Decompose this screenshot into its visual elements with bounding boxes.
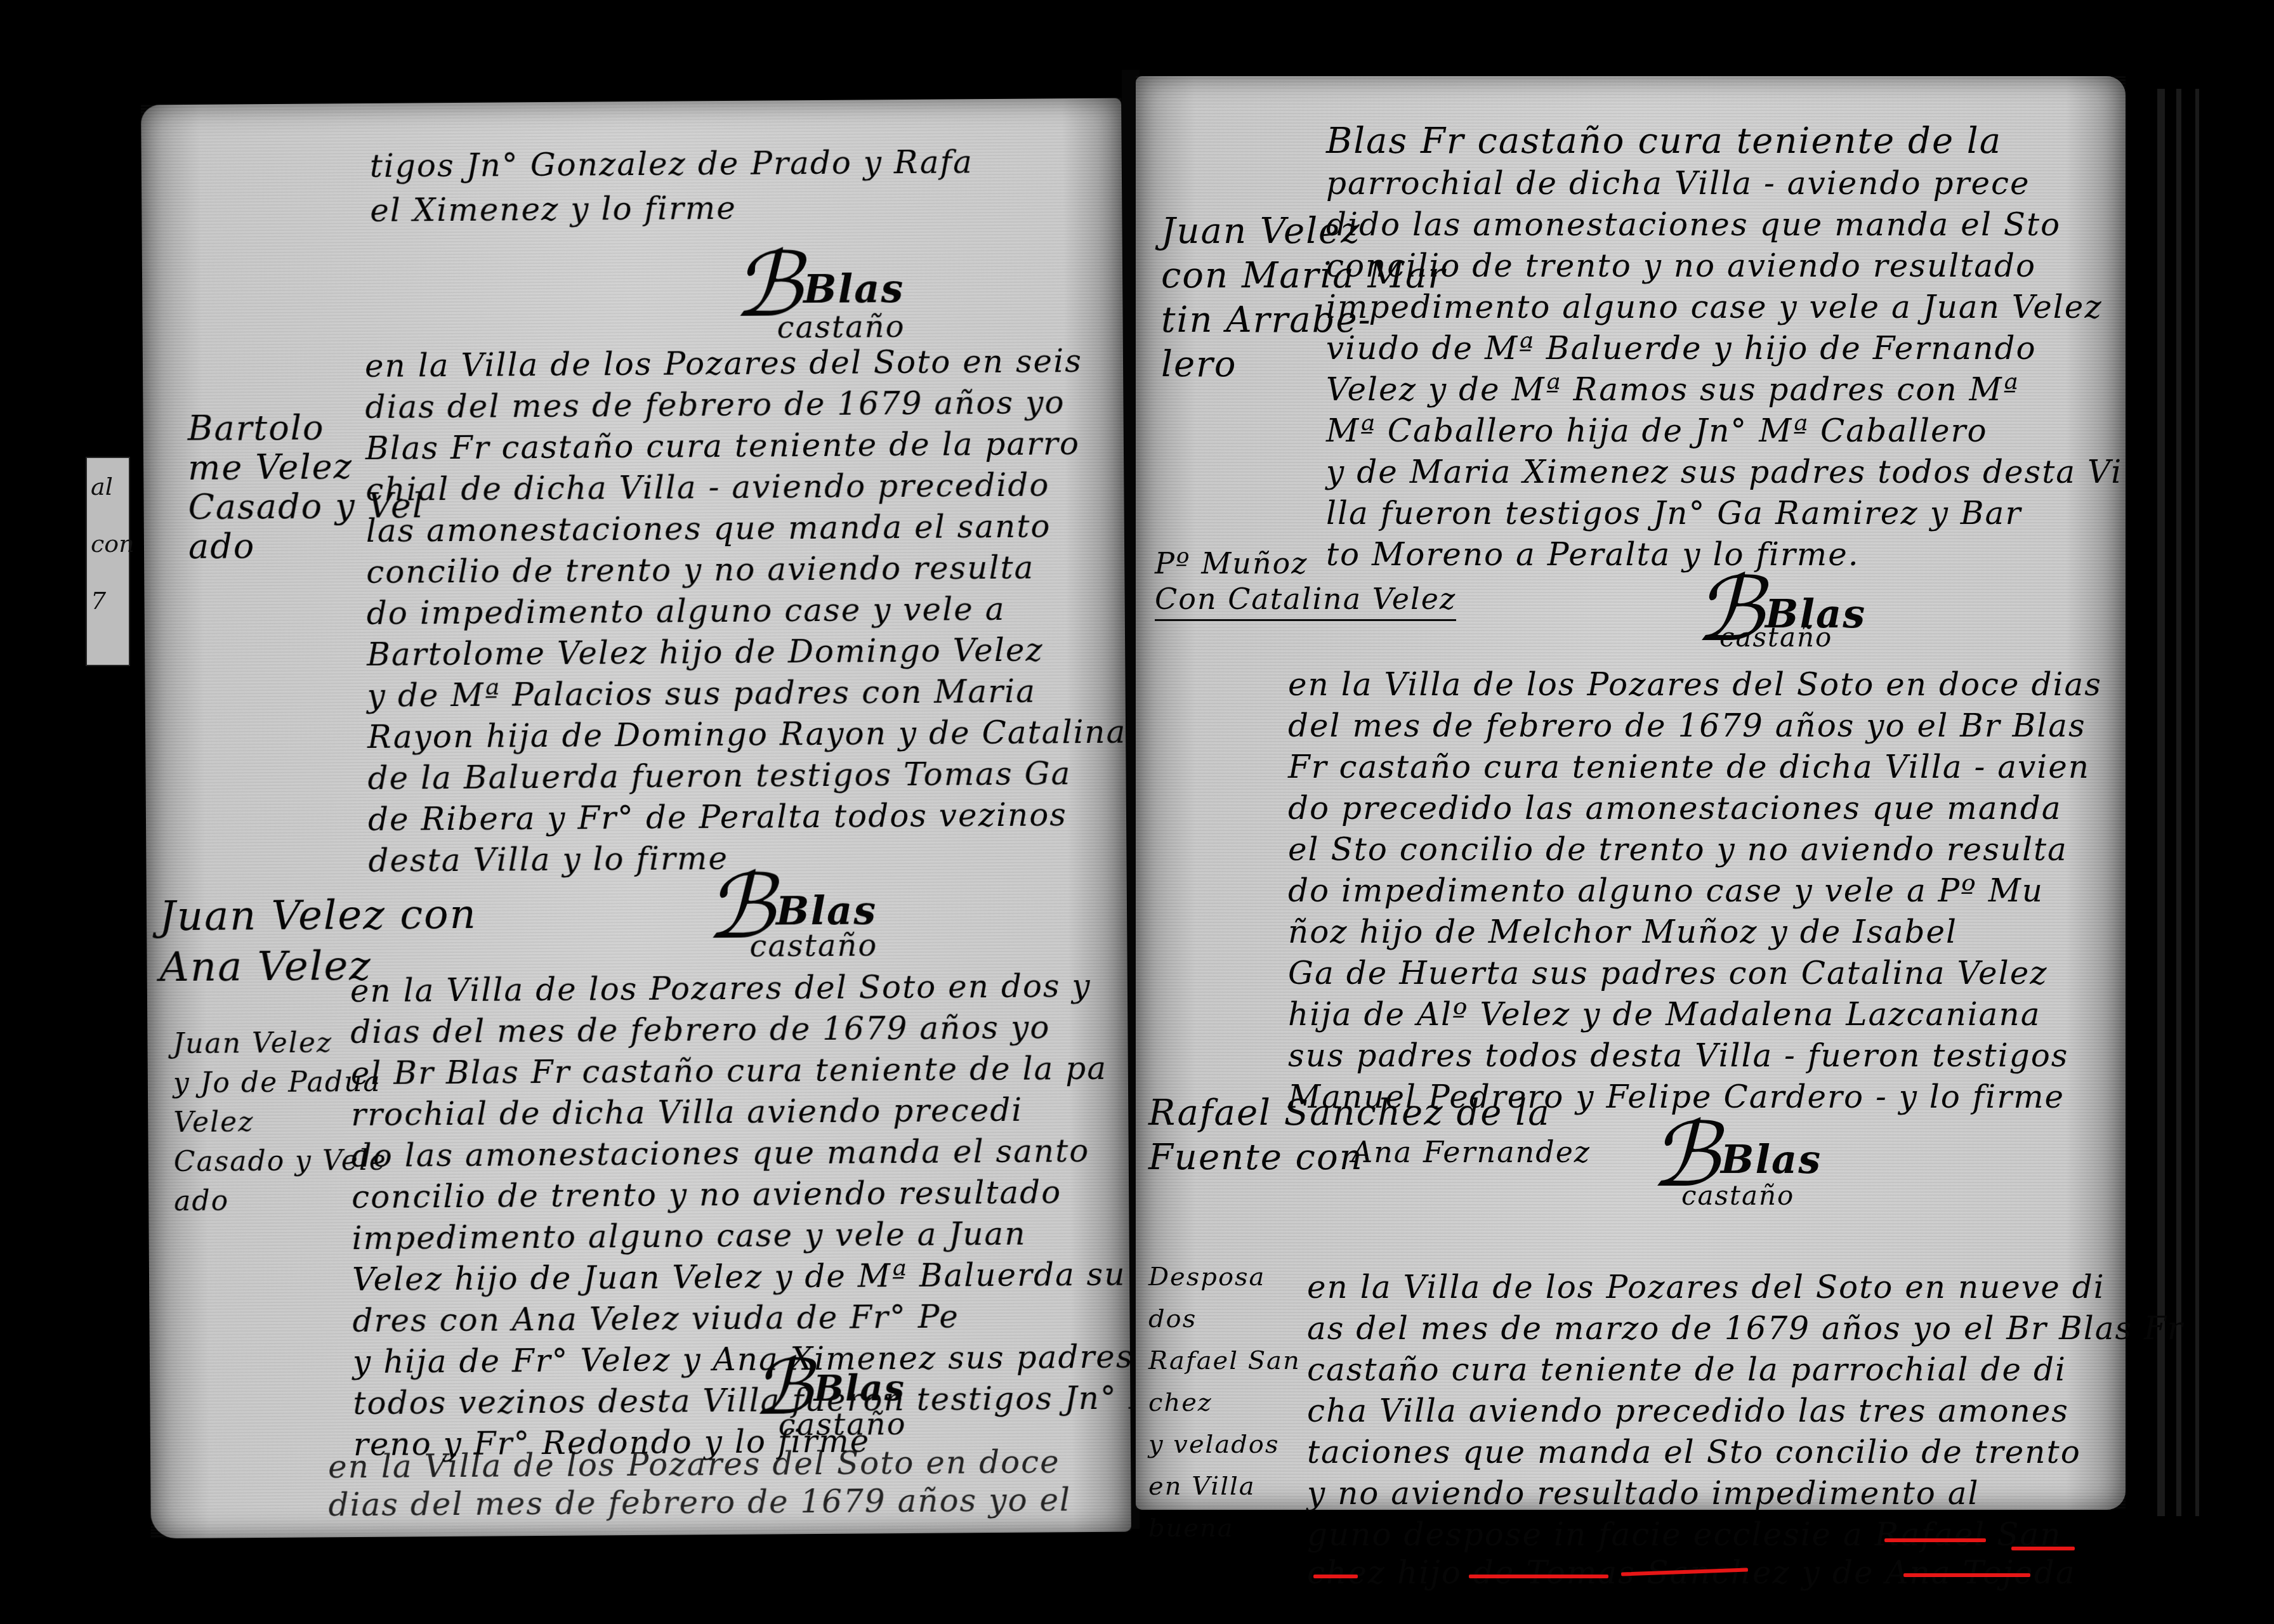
entry-line: el Sto concilio de trento y no aviendo r…	[1288, 831, 2068, 868]
entry-line: ñoz hijo de Melchor Muñoz y de Isabel	[1288, 913, 1957, 950]
entry-line: en la Villa de los Pozares del Soto en d…	[328, 1443, 1060, 1485]
red-underline-annotation	[1884, 1538, 1986, 1542]
entry-line: as del mes de marzo de 1679 años yo el B…	[1307, 1310, 2184, 1347]
right-page: Juan Velez con Maria Mar tin Arrabe- ler…	[1136, 76, 2126, 1510]
entry-line: Blas Fr castaño cura teniente de la	[1326, 121, 2002, 162]
entry-line: el Br Blas Fr castaño cura teniente de l…	[351, 1050, 1108, 1092]
entry-line: Bartolome Velez hijo de Domingo Velez	[367, 632, 1044, 673]
entry-line: chial de dicha Villa - aviendo precedido	[365, 466, 1049, 508]
entry-line: Rayon hija de Domingo Rayon y de Catalin…	[367, 714, 1127, 756]
continuation-line: el Ximenez y lo firme	[370, 190, 737, 229]
entry-line: concilio de trento y no aviendo resultad…	[1326, 247, 2036, 284]
entry-line: dias del mes de febrero de 1679 años yo …	[328, 1481, 1071, 1523]
page-edge-strip	[2195, 89, 2199, 1516]
entry-line: en la Villa de los Pozares del Soto en n…	[1307, 1269, 2105, 1306]
entry-line: do impedimento alguno case y vele a	[367, 591, 1006, 632]
margin-note-couple: Pº Muñoz Con Catalina Velez	[1155, 546, 1456, 621]
signature-surname: castaño	[749, 927, 877, 964]
entry-line: Fr castaño cura teniente de dicha Villa …	[1288, 749, 2090, 785]
entry-line: del mes de febrero de 1679 años yo el Br…	[1288, 707, 2086, 744]
entry-line: hija de Alº Velez y de Madalena Lazcania…	[1288, 996, 2041, 1033]
margin-note-bride: Ana Fernandez	[1351, 1132, 1591, 1172]
red-underline-annotation	[1469, 1575, 1608, 1578]
entry-line: dias del mes de febrero de 1679 años yo	[365, 384, 1065, 426]
signature-surname: castaño	[778, 1406, 906, 1443]
red-underline-annotation	[2011, 1547, 2075, 1550]
entry-line: do las amonestaciones que manda el santo	[352, 1132, 1090, 1174]
signature-surname: castaño	[1719, 622, 1832, 653]
entry-line: las amonestaciones que manda el santo	[366, 507, 1051, 549]
entry-line: dias del mes de febrero de 1679 años yo	[350, 1009, 1050, 1051]
entry-line: en la Villa de los Pozares del Soto en d…	[1288, 666, 2102, 703]
entry-line: y hija de Fr° Velez y Ana Ximenez sus pa…	[353, 1339, 1134, 1381]
entry-line: lla fueron testigos Jn° Ga Ramirez y Bar	[1326, 495, 2021, 532]
entry-line: Mª Caballero hija de Jn° Mª Caballero	[1326, 412, 1988, 449]
entry-line: sus padres todos desta Villa - fueron te…	[1288, 1037, 2068, 1074]
red-underline-annotation	[1903, 1573, 2030, 1577]
page-edge-strip	[2157, 89, 2165, 1516]
entry-line: Velez hijo de Juan Velez y de Mª Baluerd…	[352, 1255, 1180, 1298]
margin-note-entry: Desposa dos Rafael San chez y velados en…	[1148, 1256, 1301, 1549]
entry-line: taciones que manda el Sto concilio de tr…	[1307, 1434, 2081, 1470]
entry-line: guno despose in facie ecclesie a Rafael …	[1307, 1516, 2061, 1553]
signature-surname: castaño	[777, 309, 905, 345]
entry-line: desta Villa y lo firme	[368, 840, 728, 879]
page-edge-strip	[2176, 89, 2181, 1516]
entry-line: do precedido las amonestaciones que mand…	[1288, 790, 2062, 827]
entry-line: castaño cura teniente de la parrochial d…	[1307, 1351, 2067, 1388]
entry-line: de la Baluerda fueron testigos Tomas Ga	[367, 755, 1071, 797]
entry-line: Blas Fr castaño cura teniente de la parr…	[365, 425, 1081, 467]
entry-line: y de Maria Ximenez sus padres todos dest…	[1326, 454, 2122, 490]
continuation-line: tigos Jn° Gonzalez de Prado y Rafa	[370, 143, 973, 185]
entry-line: Ga de Huerta sus padres con Catalina Vel…	[1288, 955, 2048, 992]
entry-line: y de Mª Palacios sus padres con Maria	[367, 673, 1036, 714]
entry-line: parrochial de dicha Villa - aviendo prec…	[1326, 165, 2030, 202]
left-page: tigos Jn° Gonzalez de Prado y Rafa el Xi…	[141, 98, 1131, 1539]
entry-line: concilio de trento y no aviendo resulta	[366, 549, 1034, 591]
entry-line: dres con Ana Velez viuda de Fr° Pe	[352, 1298, 959, 1339]
red-underline-annotation	[1313, 1575, 1358, 1578]
entry-line: viudo de Mª Baluerde y hijo de Fernando	[1326, 330, 2037, 367]
paper-tab-note: al con 7	[86, 457, 130, 666]
entry-line: do impedimento alguno case y vele a Pº M…	[1288, 872, 2044, 909]
entry-line: y no aviendo resultado impedimento al	[1307, 1475, 1980, 1512]
entry-line: concilio de trento y no aviendo resultad…	[352, 1174, 1062, 1215]
entry-line: impedimento alguno case y vele a Juan Ve…	[1326, 289, 2103, 325]
entry-line: rrochial de dicha Villa aviendo precedi	[351, 1092, 1023, 1133]
entry-line: dido las amonestaciones que manda el Sto	[1326, 206, 2061, 243]
signature-surname: castaño	[1681, 1180, 1794, 1211]
entry-line: cha Villa aviendo precedido las tres amo…	[1307, 1392, 2069, 1429]
entry-line: en la Villa de los Pozares del Soto en d…	[350, 967, 1091, 1009]
entry-line: de Ribera y Fr° de Peralta todos vezinos	[368, 796, 1067, 838]
entry-line: Velez y de Mª Ramos sus padres con Mª	[1326, 371, 2020, 408]
entry-line: impedimento alguno case y vele a Juan	[352, 1215, 1026, 1257]
entry-line: en la Villa de los Pozares del Soto en s…	[365, 343, 1082, 384]
